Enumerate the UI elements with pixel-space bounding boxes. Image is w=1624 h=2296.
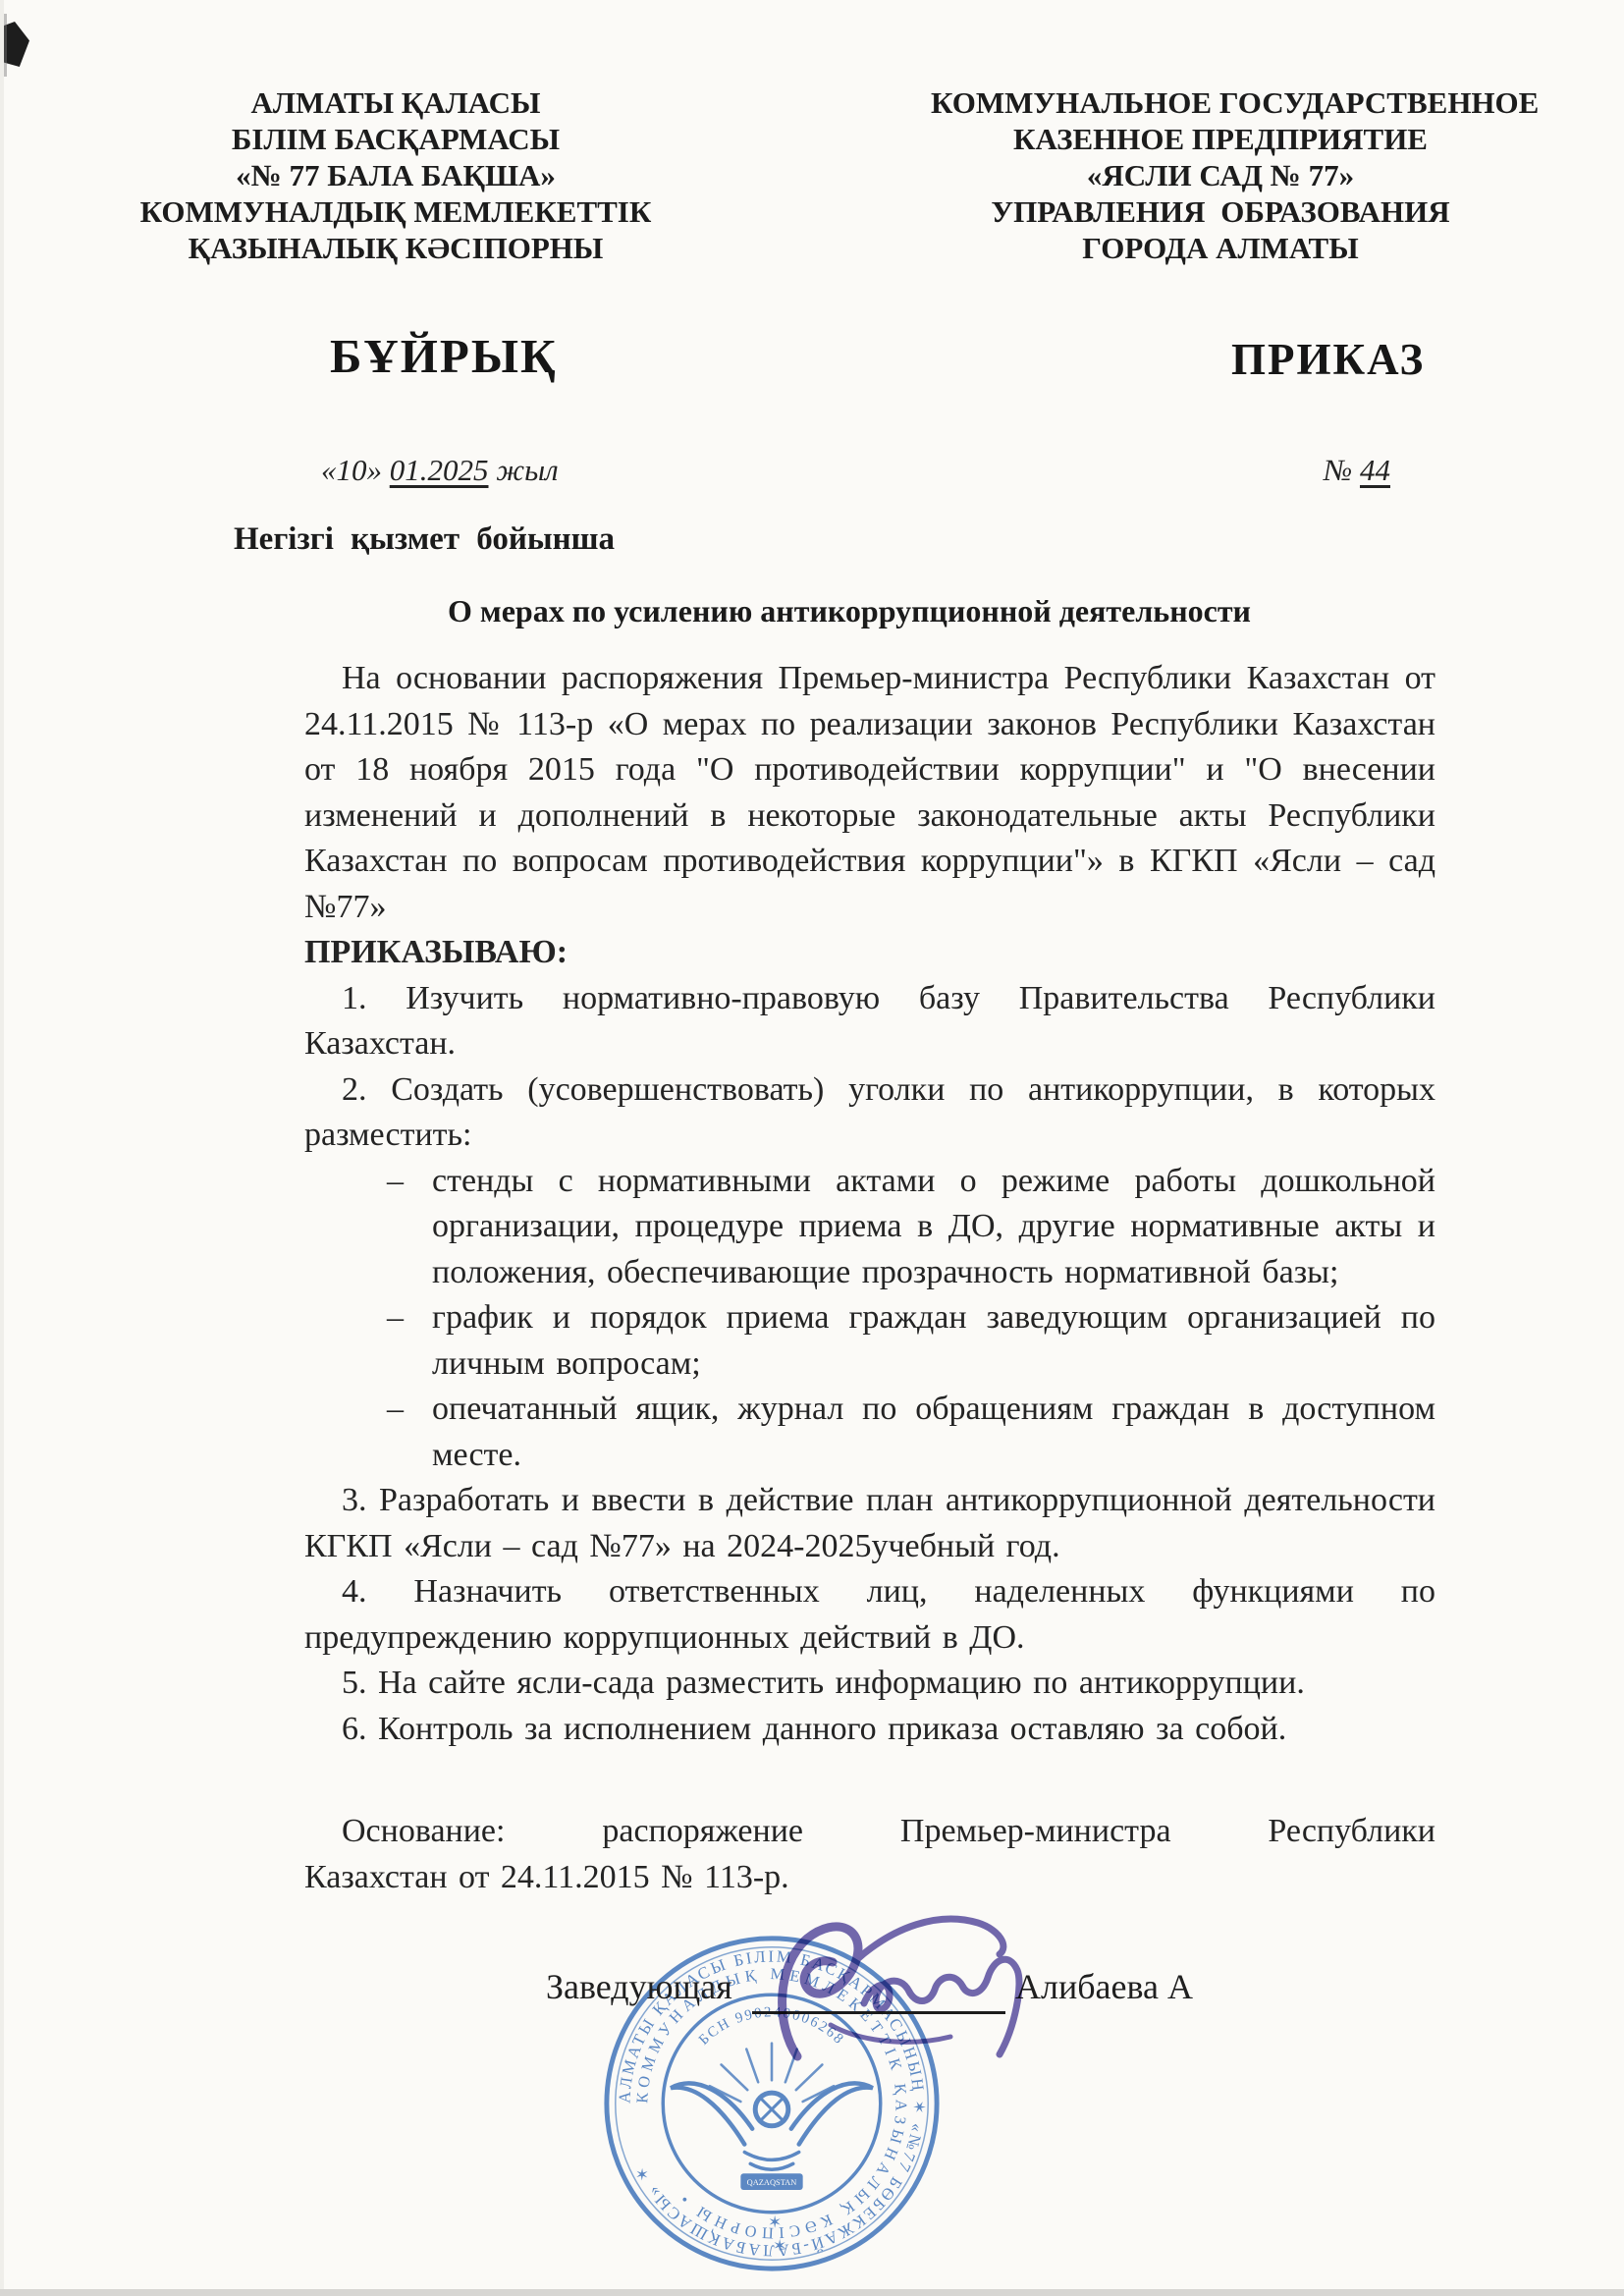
order-title-russian: ПРИКАЗ bbox=[1231, 334, 1425, 385]
bullet-dash: – bbox=[387, 1159, 404, 1205]
letterhead-kk-line: «№ 77 БАЛА БАҚША» bbox=[116, 157, 676, 193]
subject-line: Негізгі қызмет бойынша bbox=[234, 521, 615, 558]
svg-text:QAZAQSTAN: QAZAQSTAN bbox=[747, 2178, 797, 2187]
number-value: 44 bbox=[1360, 453, 1390, 487]
letterhead-ru-line: ГОРОДА АЛМАТЫ bbox=[931, 230, 1510, 266]
numbered-item-3: 3. Разработать и ввести в действие план … bbox=[304, 1478, 1435, 1569]
document-body: На основании распоряжения Премьер-минист… bbox=[304, 656, 1435, 1900]
date-year-word: жыл bbox=[496, 453, 558, 487]
letterhead-kk-line: ҚАЗЫНАЛЫҚ КӘСІПОРНЫ bbox=[116, 230, 676, 266]
basis-line-2: Казахстан от 24.11.2015 № 113-р. bbox=[304, 1855, 1435, 1901]
scan-edge-bottom bbox=[0, 2289, 1624, 2296]
stamp-star: ✶ bbox=[773, 2236, 786, 2255]
letterhead-ru-line: «ЯСЛИ САД № 77» bbox=[931, 157, 1510, 193]
bullet-item: – график и порядок приема граждан заведу… bbox=[432, 1295, 1435, 1387]
bullet-list: – стенды с нормативными актами о режиме … bbox=[304, 1159, 1435, 1479]
scan-edge-left bbox=[0, 0, 4, 2296]
letterhead-kazakh: АЛМАТЫ ҚАЛАСЫ БІЛІМ БАСҚАРМАСЫ «№ 77 БАЛ… bbox=[116, 84, 676, 266]
letterhead-kk-line: КОММУНАЛДЫҚ МЕМЛЕКЕТТІК bbox=[116, 193, 676, 230]
order-number: № 44 bbox=[1324, 453, 1390, 488]
letterhead-ru-line: КОММУНАЛЬНОЕ ГОСУДАРСТВЕННОЕ bbox=[931, 84, 1510, 121]
bullet-item: – стенды с нормативными актами о режиме … bbox=[432, 1159, 1435, 1296]
prikaz-keyword: ПРИКАЗЫВАЮ: bbox=[304, 930, 1435, 976]
date-day: «10» bbox=[321, 453, 382, 487]
bullet-dash: – bbox=[387, 1387, 404, 1433]
basis-paragraph: Основание: распоряжение Премьер-министра… bbox=[304, 1809, 1435, 1900]
letterhead-russian: КОММУНАЛЬНОЕ ГОСУДАРСТВЕННОЕ КАЗЕННОЕ ПР… bbox=[931, 84, 1510, 266]
numbered-item-6: 6. Контроль за исполнением данного прика… bbox=[304, 1707, 1435, 1753]
preamble-paragraph: На основании распоряжения Премьер-минист… bbox=[304, 656, 1435, 930]
bullet-text: стенды с нормативными актами о режиме ра… bbox=[432, 1163, 1435, 1290]
numbered-item-2: 2. Создать (усовершенствовать) уголки по… bbox=[304, 1067, 1435, 1159]
order-date: «10» 01.2025 жыл bbox=[321, 453, 559, 488]
order-title-kazakh: БҰЙРЫҚ bbox=[330, 328, 557, 384]
letterhead-ru-line: УПРАВЛЕНИЯ ОБРАЗОВАНИЯ bbox=[931, 193, 1510, 230]
bullet-item: – опечатанный ящик, журнал по обращениям… bbox=[432, 1387, 1435, 1478]
document-title: О мерах по усилению антикоррупционной де… bbox=[295, 593, 1404, 629]
handwritten-signature bbox=[744, 1907, 1078, 2089]
numbered-item-1: 1. Изучить нормативно-правовую базу Прав… bbox=[304, 976, 1435, 1067]
number-sign: № bbox=[1324, 453, 1352, 487]
date-value: 01.2025 bbox=[390, 453, 489, 487]
document-page: АЛМАТЫ ҚАЛАСЫ БІЛІМ БАСҚАРМАСЫ «№ 77 БАЛ… bbox=[0, 0, 1624, 2296]
numbered-item-4: 4. Назначить ответственных лиц, наделенн… bbox=[304, 1569, 1435, 1661]
bullet-text: опечатанный ящик, журнал по обращениям г… bbox=[432, 1391, 1435, 1473]
numbered-item-5: 5. На сайте ясли-сада разместить информа… bbox=[304, 1661, 1435, 1707]
bullet-dash: – bbox=[387, 1295, 404, 1341]
bullet-text: график и порядок приема граждан заведующ… bbox=[432, 1299, 1435, 1382]
letterhead-ru-line: КАЗЕННОЕ ПРЕДПРИЯТИЕ bbox=[931, 121, 1510, 157]
letterhead-kk-line: АЛМАТЫ ҚАЛАСЫ bbox=[116, 84, 676, 121]
stamp-star: ✶ bbox=[768, 2214, 782, 2232]
basis-line-1: Основание: распоряжение Премьер-министра… bbox=[304, 1809, 1435, 1855]
letterhead-kk-line: БІЛІМ БАСҚАРМАСЫ bbox=[116, 121, 676, 157]
signature-role: Заведующая bbox=[546, 1966, 732, 2007]
